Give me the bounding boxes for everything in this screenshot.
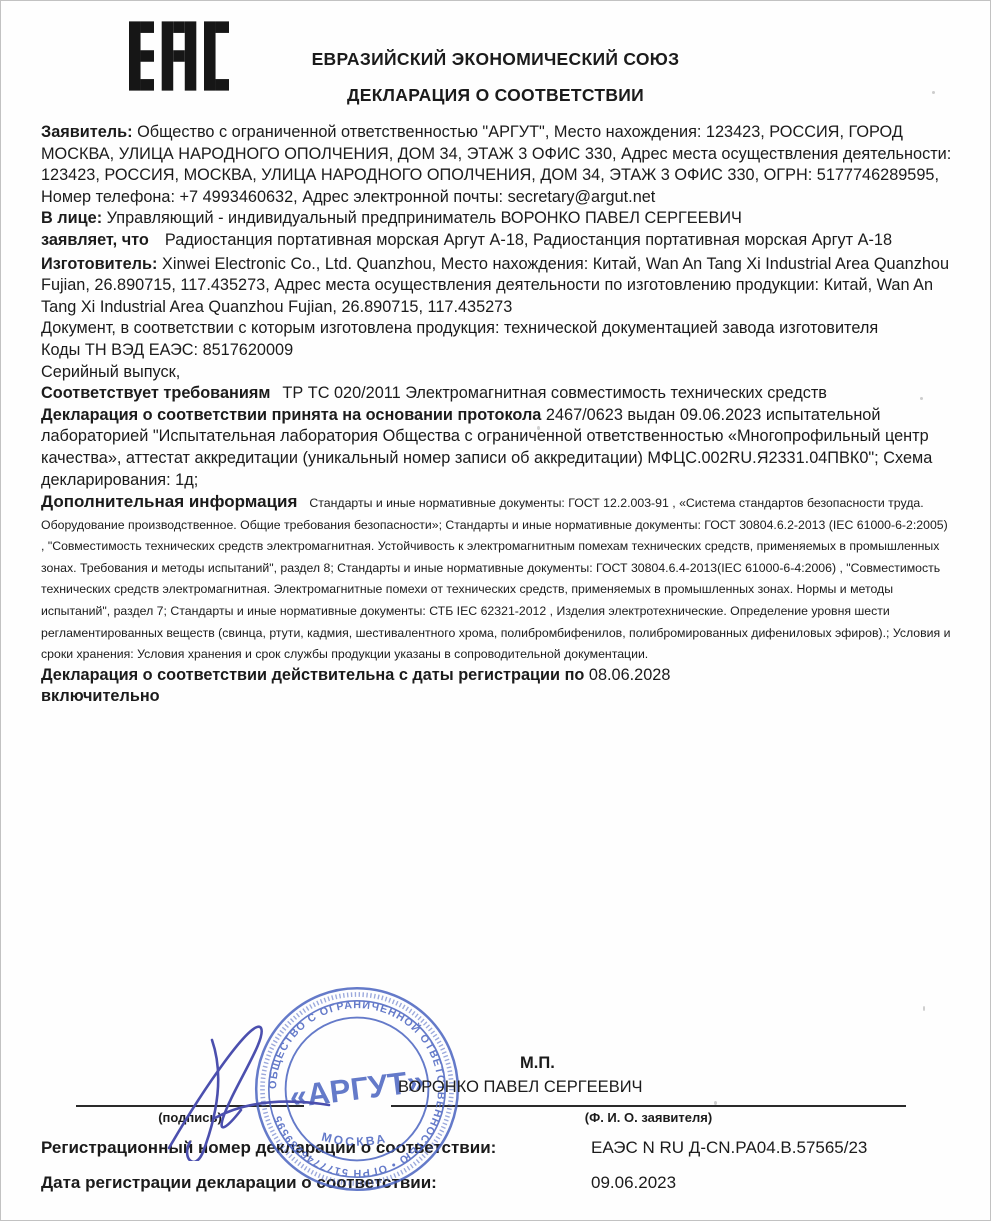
complies-text: ТР ТС 020/2011 Электромагнитная совмести… [282, 384, 827, 402]
signature-scribble [157, 1006, 347, 1166]
signer-name: ВОРОНКО ПАВЕЛ СЕРГЕЕВИЧ [398, 1078, 643, 1097]
declares-label: заявляет, что [41, 231, 149, 249]
registration-date-value: 09.06.2023 [591, 1173, 676, 1193]
person-paragraph: В лице: Управляющий - индивидуальный пре… [41, 208, 952, 230]
additional-info-label: Дополнительная информация [41, 492, 297, 511]
document-title: ДЕКЛАРАЦИЯ О СООТВЕТСТВИИ [1, 85, 990, 106]
union-title: ЕВРАЗИЙСКИЙ ЭКОНОМИЧЕСКИЙ СОЮЗ [1, 49, 990, 70]
declares-text: Радиостанция портативная морская Аргут А… [165, 231, 892, 249]
scan-speck [537, 426, 540, 430]
manufacturer-block: Изготовитель: Xinwei Electronic Co., Ltd… [41, 254, 952, 384]
scan-speck [714, 1101, 717, 1105]
declaration-document: ЕВРАЗИЙСКИЙ ЭКОНОМИЧЕСКИЙ СОЮЗ ДЕКЛАРАЦИ… [0, 0, 991, 1221]
manufacturer-label: Изготовитель: [41, 255, 157, 273]
person-label: В лице: [41, 209, 102, 227]
manufacturer-text: Xinwei Electronic Co., Ltd. Quanzhou, Ме… [41, 255, 949, 316]
scan-speck [923, 1006, 925, 1011]
stamp-place-label: М.П. [520, 1054, 555, 1073]
document-body: Заявитель: Общество с ограниченной ответ… [41, 122, 952, 708]
applicant-label: Заявитель: [41, 123, 133, 141]
serial-production-line: Серийный выпуск, [41, 362, 952, 384]
basis-label: Декларация о соответствии принята на осн… [41, 406, 541, 424]
applicant-text: Общество с ограниченной ответственностью… [41, 123, 951, 206]
basis-paragraph: Декларация о соответствии принята на осн… [41, 405, 952, 491]
manufacturer-paragraph: Изготовитель: Xinwei Electronic Co., Ltd… [41, 254, 952, 319]
name-caption: (Ф. И. О. заявителя) [391, 1110, 906, 1125]
validity-date: 08.06.2028 [589, 666, 671, 684]
validity-label: Декларация о соответствии действительна … [41, 666, 584, 684]
additional-info-paragraph: Дополнительная информацияСтандарты и ины… [41, 491, 952, 665]
complies-label: Соответствует требованиям [41, 384, 270, 402]
tnved-codes-line: Коды ТН ВЭД ЕАЭС: 8517620009 [41, 340, 952, 362]
name-line [391, 1105, 906, 1107]
complies-paragraph: Соответствует требованиямТР ТС 020/2011 … [41, 383, 952, 405]
validity-suffix: включительно [41, 687, 160, 705]
scan-speck [920, 397, 923, 400]
production-document-line: Документ, в соответствии с которым изгот… [41, 318, 952, 340]
additional-info-text: Стандарты и иные нормативные документы: … [41, 496, 950, 661]
declares-paragraph: заявляет, чтоРадиостанция портативная мо… [41, 230, 952, 252]
validity-paragraph: Декларация о соответствии действительна … [41, 665, 952, 708]
person-text: Управляющий - индивидуальный предпринима… [107, 209, 742, 227]
registration-number-value: ЕАЭС N RU Д-CN.РА04.В.57565/23 [591, 1138, 867, 1158]
scan-speck [932, 91, 935, 94]
applicant-paragraph: Заявитель: Общество с ограниченной ответ… [41, 122, 952, 208]
